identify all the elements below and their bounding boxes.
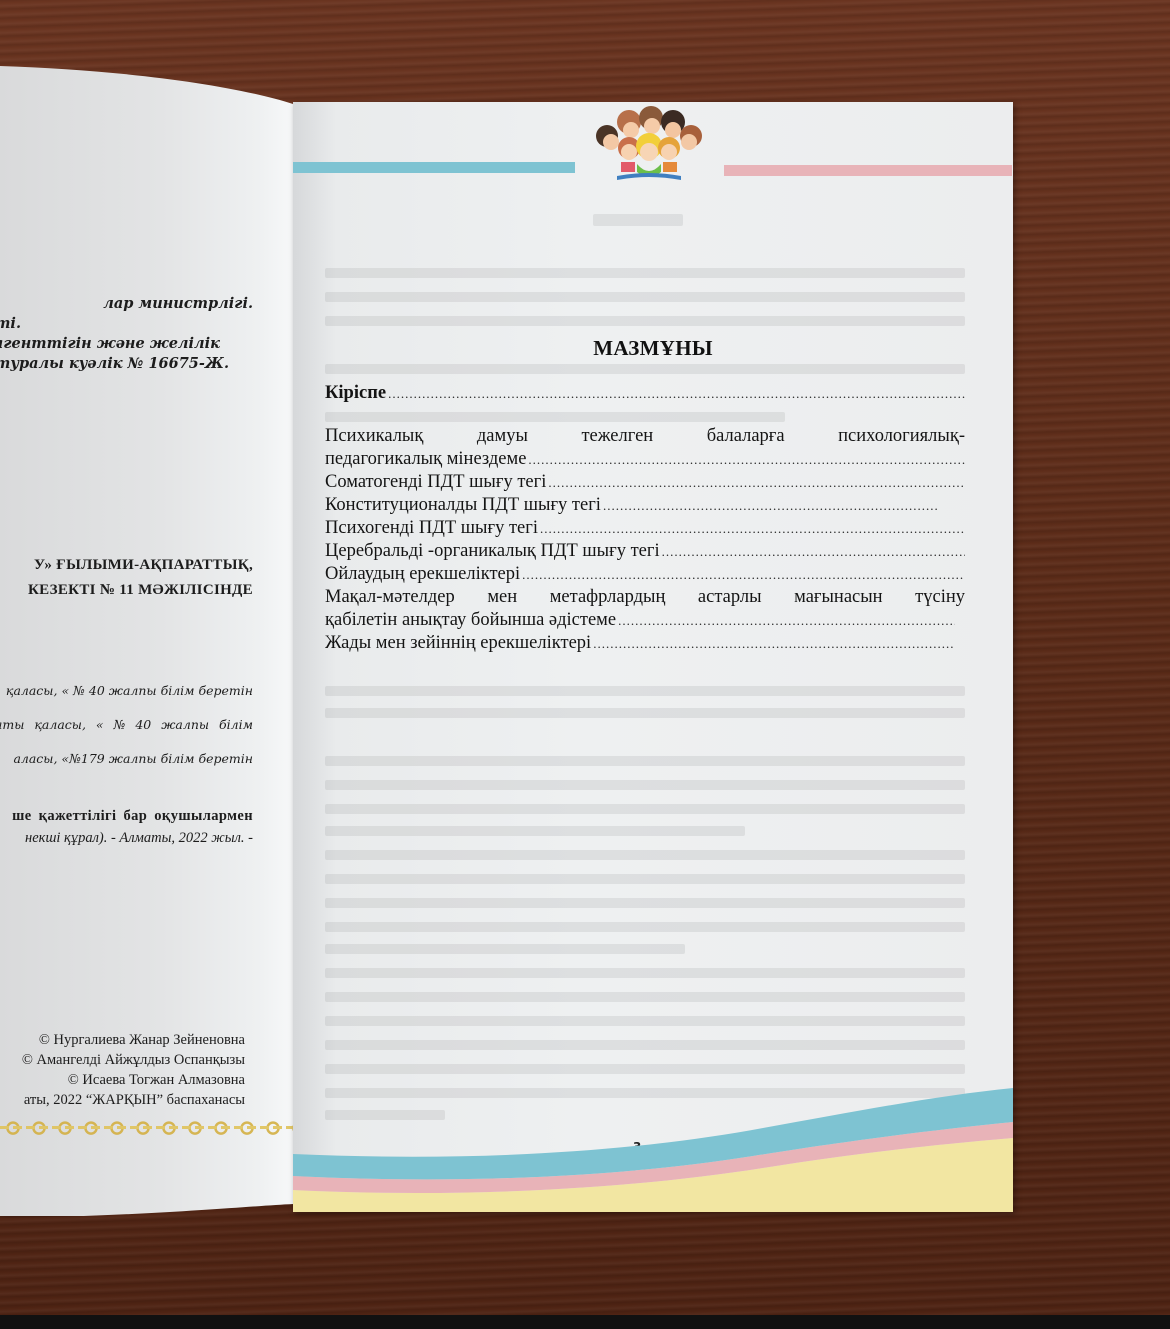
- reviewer-line-1: қаласы, « № 40 жалпы білім беретін: [6, 683, 253, 698]
- toc-entry[interactable]: Конституционалды ПДТ шығу тегі: [325, 494, 937, 517]
- toc-entry[interactable]: Кіріспе: [325, 382, 965, 405]
- toc-entry-label: Психогенді ПДТ шығу тегі: [325, 517, 538, 540]
- dot-leader: [528, 448, 965, 471]
- toc-entry[interactable]: Психогенді ПДТ шығу тегі: [325, 517, 965, 540]
- left-page-copyright: лар министрлігі. ті. агенттігін және жел…: [0, 66, 293, 1216]
- toc-entry-label-line1: Мақал-мәтелдер мен метафрлардың астарлы …: [325, 586, 965, 609]
- publisher-line: аты, 2022 “ЖАРҚЫН” баспаханасы: [24, 1092, 245, 1109]
- author-2: © Амангелді Айжұлдыз Оспанқызы: [22, 1052, 245, 1069]
- book-title-line: ше қажеттілігі бар оқушылармен: [12, 808, 253, 825]
- toc-entry[interactable]: Мақал-мәтелдер мен метафрлардың астарлы …: [325, 586, 965, 632]
- right-page-contents: МАЗМҰНЫ Кіріспе Психикалық дамуы тежелге…: [293, 102, 1013, 1212]
- ornament-border: [0, 1116, 293, 1138]
- dot-leader: [662, 540, 965, 563]
- page-title: МАЗМҰНЫ: [293, 336, 1013, 361]
- reviewer-line-3: аласы, «№179 жалпы білім беретін: [13, 751, 253, 766]
- toc-entry-label: Ойлаудың ерекшеліктері: [325, 563, 520, 586]
- book-subtitle-line: некші құрал). - Алматы, 2022 жыл. -: [25, 830, 253, 847]
- header-rule-pink: [724, 165, 1012, 176]
- dot-leader: [540, 517, 965, 540]
- reviewer-line-2: маты қаласы, « № 40 жалпы білім: [0, 717, 253, 732]
- toc-entry-label: Жады мен зейіннің ерекшеліктері: [325, 632, 591, 655]
- toc-entry[interactable]: Ойлаудың ерекшеліктері: [325, 563, 965, 586]
- dot-leader: [522, 563, 965, 586]
- dot-leader: [603, 494, 937, 517]
- ministry-line-1: лар министрлігі.: [103, 294, 253, 314]
- toc-entry-label: Церебральді -органикалық ПДТ шығу тегі: [325, 540, 660, 563]
- toc-entry[interactable]: Психикалық дамуы тежелген балаларға псих…: [325, 425, 965, 471]
- toc-entry[interactable]: Жады мен зейіннің ерекшеліктері: [325, 632, 965, 655]
- children-illustration-icon: [577, 102, 719, 182]
- ministry-line-4: туралы куәлік № 16675-Ж.: [0, 354, 229, 374]
- dot-leader: [548, 471, 965, 494]
- table-of-contents: Кіріспе Психикалық дамуы тежелген балала…: [325, 382, 965, 655]
- council-line-1: У» ҒЫЛЫМИ-АҚПАРАТТЫҚ,: [34, 557, 253, 574]
- toc-entry[interactable]: Церебральді -органикалық ПДТ шығу тегі: [325, 540, 965, 563]
- ministry-line-2: ті.: [0, 314, 21, 334]
- toc-entry-label: Соматогенді ПДТ шығу тегі: [325, 471, 546, 494]
- toc-entry[interactable]: Соматогенді ПДТ шығу тегі: [325, 471, 965, 494]
- dot-leader: [388, 382, 965, 405]
- ministry-line-3: агенттігін және желілік: [0, 334, 220, 354]
- council-line-2: КЕЗЕКТІ № 11 МӘЖІЛІСІНДЕ: [28, 582, 253, 599]
- dot-leader: [618, 609, 955, 632]
- dot-leader: [593, 632, 955, 655]
- toc-entry-label: педагогикалық мінездеме: [325, 448, 526, 471]
- toc-entry-label-line1: Психикалық дамуы тежелген балаларға псих…: [325, 425, 965, 448]
- header-rule-teal: [293, 162, 575, 173]
- toc-entry-label: Кіріспе: [325, 382, 386, 405]
- author-1: © Нургалиева Жанар Зейненовна: [39, 1032, 245, 1049]
- toc-entry-label: Конституционалды ПДТ шығу тегі: [325, 494, 601, 517]
- footer-waves: [293, 1072, 1013, 1212]
- bleed-through-text: [150, 494, 157, 524]
- toc-entry-label: қабілетін анықтау бойынша әдістеме: [325, 609, 616, 632]
- author-3: © Исаева Тогжан Алмазовна: [68, 1072, 245, 1089]
- bottom-bar: [0, 1315, 1170, 1329]
